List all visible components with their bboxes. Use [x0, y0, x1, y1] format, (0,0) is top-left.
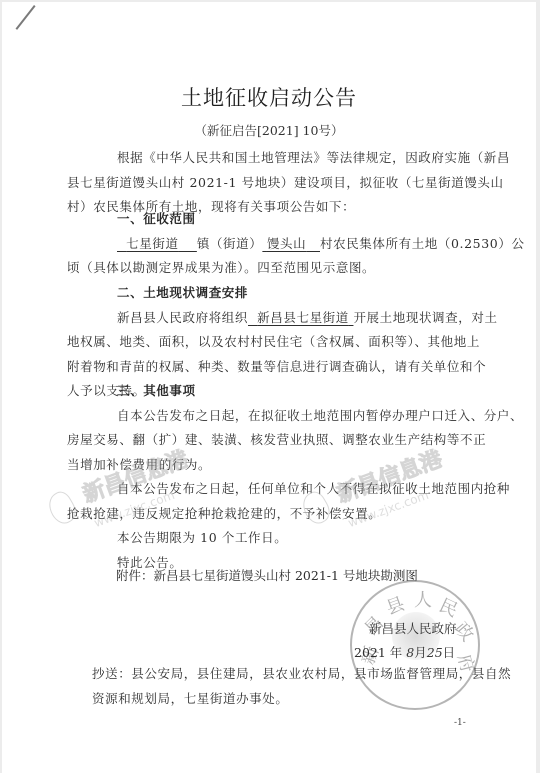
pen-mark	[16, 5, 36, 30]
section-heading: 三、其他事项	[92, 379, 464, 404]
survey-line: 地权属、地类、面积，以及农村村民住宅（含权属、面积等）、其他地上	[67, 330, 464, 355]
intro-line: 县七星街道馒头山村 2021-1 号地块）建设项目，拟征收（七星街道馒头山	[67, 171, 464, 196]
date-year: 2021 年	[354, 645, 402, 660]
section-heading: 一、征收范围	[92, 207, 464, 232]
attachment-line: 附件：新昌县七星街道馒头山村 2021-1 号地块勘测图	[116, 566, 418, 584]
scope-line: 七星街道 镇（街道） 馒头山 村农民集体所有土地（0.2530）公	[92, 232, 464, 257]
section-heading: 二、土地现状调查安排	[92, 281, 464, 306]
cc-line: 资源和规划局，七星街道办事处。	[92, 687, 532, 712]
other-line: 抢栽抢建，违反规定抢种抢栽抢建的，不予补偿安置。	[67, 502, 464, 527]
other-line: 房屋交易、翻（扩）建、装潢、核发营业执照、调整农业生产结构等不正	[67, 428, 464, 453]
town-suffix: 镇（街道）	[197, 236, 263, 251]
issue-date: 2021 年 8月25日	[354, 643, 455, 661]
cc-block: 抄送：县公安局，县住建局，县农业农村局，县市场监督管理局，县自然 资源和规划局，…	[92, 662, 532, 711]
village-field: 馒头山	[262, 236, 320, 251]
day-label: 日	[443, 645, 456, 660]
month-label: 月	[414, 645, 427, 660]
scope-rest: 村农民集体所有土地（0.2530）公	[320, 236, 525, 251]
term-line: 本公告期限为 10 个工作日。	[92, 526, 464, 551]
survey-rest: 开展土地现状调查，对土	[353, 310, 497, 325]
intro-line: 根据《中华人民共和国土地管理法》等法律规定，因政府实施（新昌	[92, 146, 464, 171]
document-number: （新征启告[2021] 10号）	[2, 121, 536, 139]
survey-prefix: 新昌县人民政府将组织	[117, 310, 248, 325]
survey-line: 新昌县人民政府将组织 新昌县七星街道 开展土地现状调查，对土	[92, 306, 464, 331]
seal-char: 人	[414, 586, 432, 612]
org-field: 新昌县七星街道	[248, 310, 353, 325]
section-other: 三、其他事项 自本公告发布之日起，在拟征收土地范围内暂停办理户口迁入、分户、 房…	[92, 379, 464, 575]
page-number: -1-	[454, 718, 466, 728]
town-field: 七星街道	[117, 236, 197, 251]
cc-line: 抄送：县公安局，县住建局，县农业农村局，县市场监督管理局，县自然	[92, 662, 532, 687]
seal-char: 民	[435, 591, 462, 622]
date-day: 25	[427, 645, 443, 660]
scope-line: 顷（具体以勘测定界成果为准）。四至范围见示意图。	[67, 256, 464, 281]
survey-line: 附着物和青苗的权属、种类、数量等信息进行调查确认，请有关单位和个	[67, 355, 464, 380]
section-scope: 一、征收范围 七星街道 镇（街道） 馒头山 村农民集体所有土地（0.2530）公…	[92, 207, 464, 281]
other-line: 自本公告发布之日起，在拟征收土地范围内暂停办理户口迁入、分户、	[92, 404, 464, 429]
other-line: 当增加补偿费用的行为。	[67, 453, 464, 478]
issuer-name: 新昌县人民政府	[369, 619, 457, 637]
document-title: 土地征收启动公告	[2, 82, 536, 112]
document-page: 土地征收启动公告 （新征启告[2021] 10号） 根据《中华人民共和国土地管理…	[2, 2, 536, 773]
other-line: 自本公告发布之日起，任何单位和个人不得在拟征收土地范围内抢种	[92, 477, 464, 502]
